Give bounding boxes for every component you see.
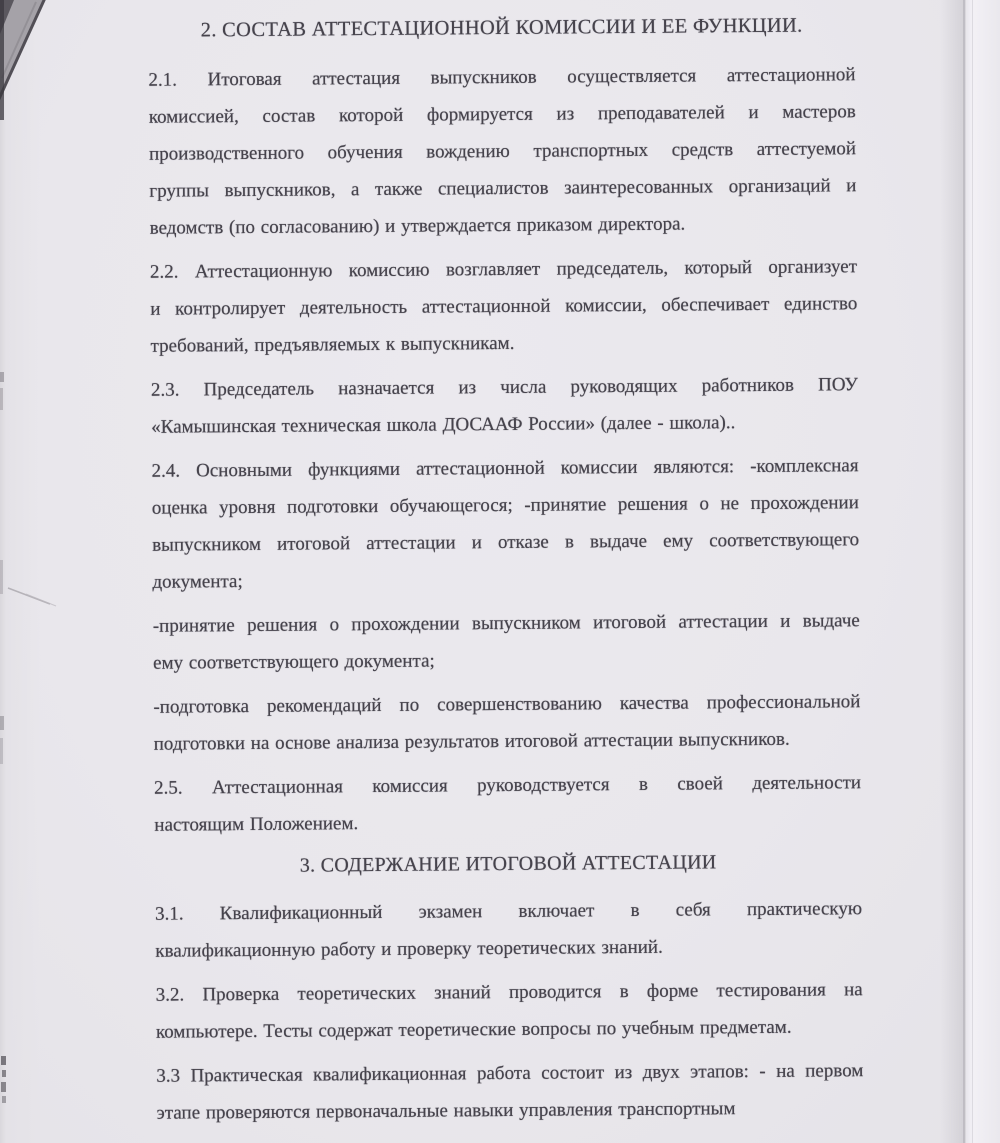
paper-crease-line [8,588,50,604]
text-line: производственного обучения вождению тран… [149,130,856,173]
corner-fold-edge-line [0,0,45,101]
text-line: ведомств (по согласованию) и утверждаетс… [150,204,857,247]
text-line: оценка уровня подготовки обучающегося; -… [152,484,859,527]
text-line: -принятие решения о прохождении выпускни… [153,602,860,645]
text-line: подготовки на основе анализа результатов… [154,720,861,763]
text-line: настоящим Положением. [154,801,861,844]
text-line: 3.1. Квалификационный экзамен включает в… [155,890,862,933]
paragraph-2-4-item-2: -принятие решения о прохождении выпускни… [153,602,861,682]
left-edge-smudge [0,716,4,730]
paragraph-3-1: 3.1. Квалификационный экзамен включает в… [155,890,863,970]
text-line: выпускником итоговой аттестации и отказе… [152,521,859,564]
text-line: -подготовка рекомендаций по совершенство… [153,683,860,726]
text-line: 3.2. Проверка теоретических знаний прово… [156,971,863,1014]
paragraph-2-2: 2.2. Аттестационную комиссию возглавляет… [150,248,858,365]
text-line: ему соответствующего документа; [153,639,860,682]
section-2-heading: 2. СОСТАВ АТТЕСТАЦИОННОЙ КОМИССИИ И ЕЕ Ф… [148,11,855,46]
text-line: и контролирует деятельность аттестационн… [150,285,857,328]
left-edge-smudge [0,372,4,382]
paragraph-2-1: 2.1. Итоговая аттестация выпускников осу… [148,56,856,247]
text-line: 2.2. Аттестационную комиссию возглавляет… [150,248,857,291]
left-edge-smudge [1,1082,6,1092]
left-edge-smudge [0,560,3,594]
text-line: требований, предъявляемых к выпускникам. [150,322,857,365]
corner-fold-inner-line [2,2,36,78]
text-line: квалификационную работу и проверку теоре… [155,927,862,970]
right-fold-line [963,0,965,1143]
paragraph-3-2: 3.2. Проверка теоретических знаний прово… [156,971,864,1051]
paragraph-2-5: 2.5. Аттестационная комиссия руководству… [154,764,862,844]
text-line: 2.1. Итоговая аттестация выпускников осу… [148,56,855,99]
text-line: 3.3 Практическая квалификационная работа… [156,1052,863,1095]
left-edge-smudge [0,738,3,764]
text-line: этапе проверяются первоначальные навыки … [156,1089,863,1132]
left-edge-smudge [0,388,3,410]
text-line: группы выпускников, а также специалистов… [149,167,856,210]
text-line: компьютере. Тесты содержат теоретические… [156,1008,863,1051]
scanned-document-page: 2. СОСТАВ АТТЕСТАЦИОННОЙ КОМИССИИ И ЕЕ Ф… [0,0,1000,1143]
text-line: документа; [152,558,859,601]
corner-fold-shape [0,0,45,100]
left-edge-smudge [2,1096,6,1103]
section-3-heading: 3. СОДЕРЖАНИЕ ИТОГОВОЙ АТТЕСТАЦИИ [155,846,862,882]
corner-fold-dark-tip [0,0,14,34]
text-line: 2.3. Председатель назначается из числа р… [151,366,858,409]
paper-crease-line [26,594,56,606]
left-edge-shadow-top [0,0,4,120]
left-edge-smudge [1,1056,6,1065]
text-line: 2.4. Основными функциями аттестационной … [151,447,858,490]
paragraph-3-3: 3.3 Практическая квалификационная работа… [156,1052,864,1132]
document-text-block: 2. СОСТАВ АТТЕСТАЦИОННОЙ КОМИССИИ И ЕЕ Ф… [148,11,864,1139]
right-fold-line-secondary [972,0,973,1143]
text-line: комиссией, состав которой формируется из… [149,93,856,136]
text-line: «Камышинская техническая школа ДОСААФ Ро… [151,403,858,446]
paragraph-2-4: 2.4. Основными функциями аттестационной … [151,447,859,601]
paragraph-2-3: 2.3. Председатель назначается из числа р… [151,366,859,446]
right-fold-highlight [966,0,971,1143]
text-line: 2.5. Аттестационная комиссия руководству… [154,764,861,807]
paragraph-2-4-item-3: -подготовка рекомендаций по совершенство… [153,683,861,763]
left-edge-smudge [2,1070,6,1077]
